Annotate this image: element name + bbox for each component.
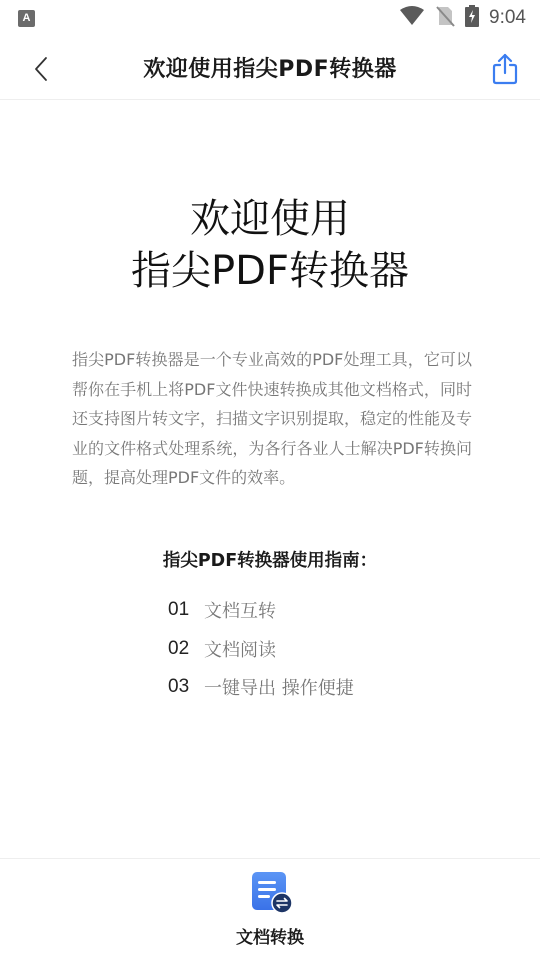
- nav-item-label: 文档转换: [236, 923, 304, 948]
- document-convert-icon: [247, 871, 293, 915]
- guide-item-number: 03: [168, 676, 204, 698]
- wifi-icon: [399, 6, 425, 30]
- no-sim-icon: [435, 5, 455, 31]
- chevron-left-icon: [33, 56, 49, 82]
- status-right: 9:04: [399, 5, 526, 31]
- keyboard-app-icon: A: [18, 10, 35, 27]
- hero-title: 欢迎使用 指尖PDF转换器: [0, 193, 540, 297]
- guide-list: 01 文档互转 02 文档阅读 03 一键导出 操作便捷: [168, 591, 354, 707]
- app-bar: 欢迎使用指尖PDF转换器: [0, 36, 540, 100]
- guide-item: 01 文档互转: [168, 591, 354, 630]
- guide-item-label: 一键导出 操作便捷: [204, 674, 354, 700]
- welcome-content: 欢迎使用 指尖PDF转换器 指尖PDF转换器是一个专业高效的PDF处理工具，它可…: [0, 101, 540, 858]
- guide-item-number: 02: [168, 638, 204, 660]
- guide-item-label: 文档互转: [204, 597, 276, 623]
- status-time: 9:04: [489, 7, 526, 29]
- battery-charging-icon: [465, 5, 479, 31]
- app-description: 指尖PDF转换器是一个专业高效的PDF处理工具，它可以帮你在手机上将PDF文件快…: [72, 345, 472, 493]
- status-left: A: [18, 10, 35, 27]
- hero-title-line2: 指尖PDF转换器: [0, 245, 540, 297]
- guide-item: 02 文档阅读: [168, 630, 354, 669]
- status-bar: A 9:04: [0, 0, 540, 36]
- hero-title-line1: 欢迎使用: [0, 193, 540, 245]
- share-button[interactable]: [488, 52, 522, 86]
- bottom-nav: 文档转换: [0, 858, 540, 960]
- back-button[interactable]: [26, 54, 56, 84]
- share-icon: [491, 53, 519, 85]
- guide-item-label: 文档阅读: [204, 636, 276, 662]
- guide-item-number: 01: [168, 599, 204, 621]
- guide-heading: 指尖PDF转换器使用指南：: [0, 547, 540, 572]
- page-title: 欢迎使用指尖PDF转换器: [143, 52, 396, 83]
- status-app-letter: A: [23, 12, 31, 24]
- guide-item: 03 一键导出 操作便捷: [168, 668, 354, 707]
- nav-item-document-convert[interactable]: 文档转换: [236, 859, 304, 960]
